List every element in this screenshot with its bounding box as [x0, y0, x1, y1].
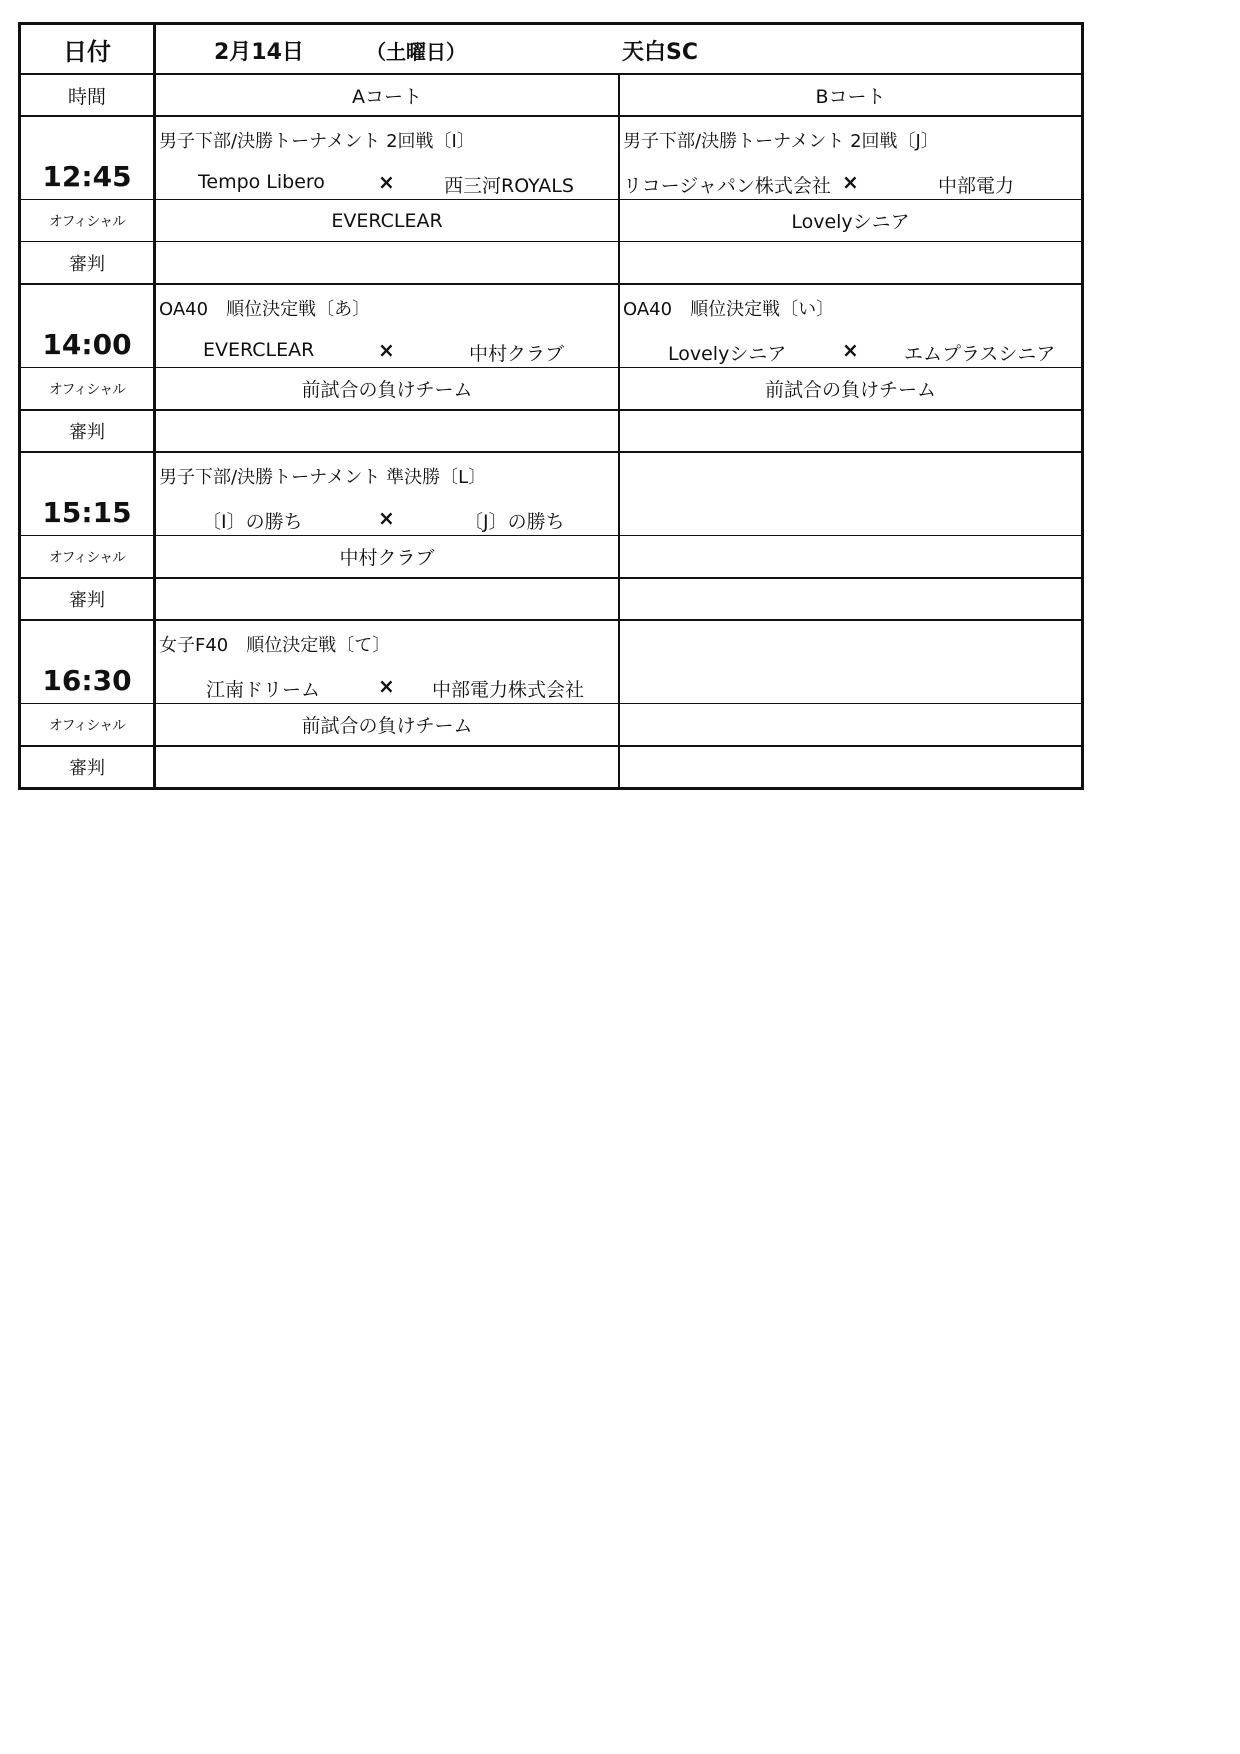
court-a-header: Aコート: [156, 75, 620, 115]
official-label-cell: オフィシャル: [21, 536, 156, 577]
court-b-official: Lovelyシニア: [620, 200, 1081, 241]
venue-name: 天白SC: [622, 35, 698, 66]
official-label: オフィシャル: [49, 547, 125, 567]
official-team: 中村クラブ: [339, 543, 434, 570]
court-header-row: 時間 Aコート Bコート: [21, 73, 1081, 115]
vs-mark: ×: [378, 338, 395, 362]
court-a-referee: [156, 411, 620, 451]
day-of-week: （土曜日）: [366, 36, 466, 65]
court-a-match: OA40 順位決定戦〔あ〕 EVERCLEAR × 中村クラブ: [156, 285, 620, 367]
court-a-official: 中村クラブ: [156, 536, 620, 577]
court-a-referee: [156, 747, 620, 787]
date-venue-cell: 2月14日 （土曜日） 天白SC: [156, 25, 1081, 73]
official-row: オフィシャル EVERCLEAR Lovelyシニア: [21, 199, 1081, 241]
team-2: 〔J〕の勝ち: [464, 507, 565, 534]
referee-label: 審判: [69, 586, 105, 612]
official-label: オフィシャル: [49, 211, 125, 231]
official-row: オフィシャル 前試合の負けチーム: [21, 703, 1081, 745]
official-team: 前試合の負けチーム: [301, 375, 472, 402]
match-row: 16:30 女子F40 順位決定戦〔て〕 江南ドリーム × 中部電力株式会社: [21, 619, 1081, 703]
vs-mark: ×: [378, 170, 395, 194]
match-time: 15:15: [42, 496, 131, 529]
referee-label: 審判: [69, 250, 105, 276]
match-title: OA40 順位決定戦〔い〕: [623, 295, 834, 321]
match-title: 男子下部/決勝トーナメント 準決勝〔L〕: [159, 463, 486, 489]
referee-row: 審判: [21, 745, 1081, 787]
court-a-label: Aコート: [352, 82, 422, 109]
team-2: 中村クラブ: [469, 339, 564, 366]
court-a-match: 男子下部/決勝トーナメント 準決勝〔L〕 〔I〕の勝ち × 〔J〕の勝ち: [156, 453, 620, 535]
date-label: 日付: [63, 32, 111, 67]
court-a-referee: [156, 579, 620, 619]
team-2: 中部電力株式会社: [432, 675, 584, 702]
referee-label-cell: 審判: [21, 242, 156, 283]
court-a-match: 女子F40 順位決定戦〔て〕 江南ドリーム × 中部電力株式会社: [156, 621, 620, 703]
match-row: 12:45 男子下部/決勝トーナメント 2回戦〔I〕 Tempo Libero …: [21, 115, 1081, 199]
team-1: Lovelyシニア: [668, 339, 786, 366]
match-title: 女子F40 順位決定戦〔て〕: [159, 631, 390, 657]
match-time: 12:45: [42, 160, 131, 193]
court-b-match: OA40 順位決定戦〔い〕 Lovelyシニア × エムプラスシニア: [620, 285, 1081, 367]
vs-mark: ×: [842, 338, 859, 362]
court-a-match: 男子下部/決勝トーナメント 2回戦〔I〕 Tempo Libero × 西三河R…: [156, 117, 620, 199]
court-b-official: [620, 536, 1081, 577]
team-1: Tempo Libero: [198, 171, 325, 193]
official-team: EVERCLEAR: [331, 210, 442, 232]
time-cell: 12:45: [21, 117, 156, 199]
team-2: エムプラスシニア: [904, 339, 1055, 366]
court-b-header: Bコート: [620, 75, 1081, 115]
time-cell: 16:30: [21, 621, 156, 703]
time-label-cell: 時間: [21, 75, 156, 115]
referee-row: 審判: [21, 577, 1081, 619]
official-row: オフィシャル 中村クラブ: [21, 535, 1081, 577]
time-column-label: 時間: [68, 82, 106, 109]
official-team: 前試合の負けチーム: [765, 375, 936, 402]
vs-mark: ×: [378, 674, 395, 698]
referee-row: 審判: [21, 241, 1081, 283]
referee-label-cell: 審判: [21, 579, 156, 619]
time-cell: 14:00: [21, 285, 156, 367]
time-cell: 15:15: [21, 453, 156, 535]
date-value: 2月14日: [214, 35, 304, 66]
official-team: 前試合の負けチーム: [301, 711, 472, 738]
team-1: EVERCLEAR: [203, 339, 314, 361]
court-a-official: EVERCLEAR: [156, 200, 620, 241]
team-2: 中部電力: [938, 171, 1014, 198]
match-row: 14:00 OA40 順位決定戦〔あ〕 EVERCLEAR × 中村クラブ OA…: [21, 283, 1081, 367]
court-b-referee: [620, 747, 1081, 787]
team-1: リコージャパン株式会社: [623, 171, 831, 198]
team-1: 〔I〕の勝ち: [202, 507, 303, 534]
header-row: 日付 2月14日 （土曜日） 天白SC: [21, 25, 1081, 73]
court-b-referee: [620, 579, 1081, 619]
match-time: 14:00: [42, 328, 131, 361]
court-a-referee: [156, 242, 620, 283]
official-label-cell: オフィシャル: [21, 704, 156, 745]
court-b-match: 男子下部/決勝トーナメント 2回戦〔J〕 リコージャパン株式会社 × 中部電力: [620, 117, 1081, 199]
referee-label: 審判: [69, 418, 105, 444]
official-row: オフィシャル 前試合の負けチーム 前試合の負けチーム: [21, 367, 1081, 409]
referee-label: 審判: [69, 754, 105, 780]
team-1: 江南ドリーム: [206, 675, 320, 702]
match-title: OA40 順位決定戦〔あ〕: [159, 295, 370, 321]
match-time: 16:30: [42, 664, 131, 697]
court-a-official: 前試合の負けチーム: [156, 704, 620, 745]
court-b-label: Bコート: [815, 82, 885, 109]
court-b-referee: [620, 411, 1081, 451]
court-a-official: 前試合の負けチーム: [156, 368, 620, 409]
schedule-table: 日付 2月14日 （土曜日） 天白SC 時間 Aコート Bコート 12:45 男…: [18, 22, 1084, 790]
referee-label-cell: 審判: [21, 411, 156, 451]
match-title: 男子下部/決勝トーナメント 2回戦〔I〕: [159, 127, 475, 153]
match-title: 男子下部/決勝トーナメント 2回戦〔J〕: [623, 127, 939, 153]
court-b-match: [620, 453, 1081, 535]
official-label: オフィシャル: [49, 379, 125, 399]
official-label-cell: オフィシャル: [21, 200, 156, 241]
vs-mark: ×: [842, 170, 859, 194]
official-label-cell: オフィシャル: [21, 368, 156, 409]
date-label-cell: 日付: [21, 25, 156, 73]
court-b-match: [620, 621, 1081, 703]
court-b-referee: [620, 242, 1081, 283]
official-team: Lovelyシニア: [791, 207, 909, 234]
vs-mark: ×: [378, 506, 395, 530]
referee-row: 審判: [21, 409, 1081, 451]
match-row: 15:15 男子下部/決勝トーナメント 準決勝〔L〕 〔I〕の勝ち × 〔J〕の…: [21, 451, 1081, 535]
referee-label-cell: 審判: [21, 747, 156, 787]
official-label: オフィシャル: [49, 715, 125, 735]
court-b-official: [620, 704, 1081, 745]
team-2: 西三河ROYALS: [444, 171, 574, 198]
court-b-official: 前試合の負けチーム: [620, 368, 1081, 409]
